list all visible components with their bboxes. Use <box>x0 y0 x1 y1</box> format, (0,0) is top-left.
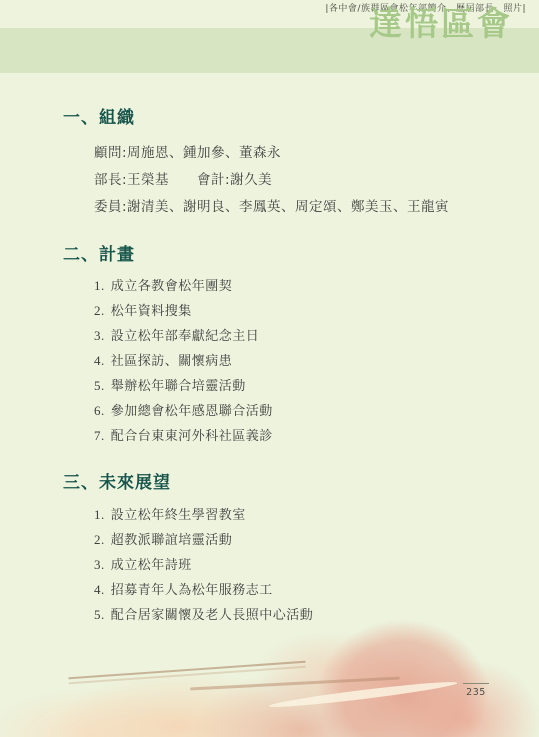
list-item: 5.舉辦松年聯合培靈活動 <box>94 374 539 399</box>
plan-list: 1.成立各教會松年團契 2.松年資料搜集 3.設立松年部奉獻紀念主日 4.社區探… <box>94 274 539 449</box>
organization-lines: 顧問:周施恩、鍾加參、董森永 部長:王榮基 會計:謝久美 委員:謝清美、謝明良、… <box>94 140 539 221</box>
item-text: 招募青年人為松年服務志工 <box>111 583 273 598</box>
item-text: 超教派聯誼培靈活動 <box>111 533 233 548</box>
item-text: 松年資料搜集 <box>111 304 192 319</box>
list-item: 2.超教派聯誼培靈活動 <box>94 528 539 553</box>
list-item: 3.成立松年詩班 <box>94 553 539 578</box>
item-number: 1. <box>94 274 105 298</box>
list-item: 4.招募青年人為松年服務志工 <box>94 578 539 603</box>
item-text: 參加總會松年感恩聯合活動 <box>111 404 273 419</box>
item-number: 1. <box>94 503 105 527</box>
item-number: 3. <box>94 324 105 348</box>
section-heading-organization: 一、組織 <box>63 109 539 128</box>
item-number: 5. <box>94 374 105 398</box>
item-text: 成立各教會松年團契 <box>111 279 233 294</box>
brush-stroke-highlight <box>268 678 458 710</box>
item-number: 6. <box>94 399 105 423</box>
item-number: 5. <box>94 603 105 627</box>
section-heading-future: 三、未來展望 <box>63 474 539 493</box>
list-item: 2.松年資料搜集 <box>94 299 539 324</box>
item-number: 4. <box>94 578 105 602</box>
item-text: 配合居家關懷及老人長照中心活動 <box>111 608 314 623</box>
item-number: 2. <box>94 299 105 323</box>
page-title: 達悟區會 <box>369 7 513 40</box>
item-text: 設立松年部奉獻紀念主日 <box>111 329 260 344</box>
brush-stroke <box>68 661 306 680</box>
item-number: 3. <box>94 553 105 577</box>
item-number: 7. <box>94 424 105 448</box>
list-item: 6.參加總會松年感恩聯合活動 <box>94 399 539 424</box>
main-content: 一、組織 顧問:周施恩、鍾加參、董森永 部長:王榮基 會計:謝久美 委員:謝清美… <box>0 73 539 628</box>
item-text: 成立松年詩班 <box>111 558 192 573</box>
item-text: 舉辦松年聯合培靈活動 <box>111 379 246 394</box>
section-heading-plan: 二、計畫 <box>63 246 539 265</box>
item-number: 4. <box>94 349 105 373</box>
list-item: 5.配合居家關懷及老人長照中心活動 <box>94 603 539 628</box>
item-text: 設立松年終生學習教室 <box>111 508 246 523</box>
list-item: 7.配合台東東河外科社區義診 <box>94 424 539 449</box>
org-line-committee: 委員:謝清美、謝明良、李鳳英、周定頌、鄭美玉、王龍寅 <box>94 194 539 221</box>
list-item: 1.成立各教會松年團契 <box>94 274 539 299</box>
brush-stroke <box>190 677 400 691</box>
page-number-rule <box>463 683 489 684</box>
document-page: |各中會/族群區會松年部簡介、歷屆部長、照片| 達悟區會 一、組織 顧問:周施恩… <box>0 0 539 737</box>
future-list: 1.設立松年終生學習教室 2.超教派聯誼培靈活動 3.成立松年詩班 4.招募青年… <box>94 503 539 628</box>
list-item: 4.社區探訪、關懷病患 <box>94 349 539 374</box>
org-line-director-accountant: 部長:王榮基 會計:謝久美 <box>94 167 539 194</box>
item-number: 2. <box>94 528 105 552</box>
list-item: 1.設立松年終生學習教室 <box>94 503 539 528</box>
item-text: 配合台東東河外科社區義診 <box>111 429 273 444</box>
page-number-value: 235 <box>462 687 490 698</box>
list-item: 3.設立松年部奉獻紀念主日 <box>94 324 539 349</box>
item-text: 社區探訪、關懷病患 <box>111 354 233 369</box>
org-line-advisors: 顧問:周施恩、鍾加參、董森永 <box>94 140 539 167</box>
page-number: 235 <box>462 683 490 698</box>
